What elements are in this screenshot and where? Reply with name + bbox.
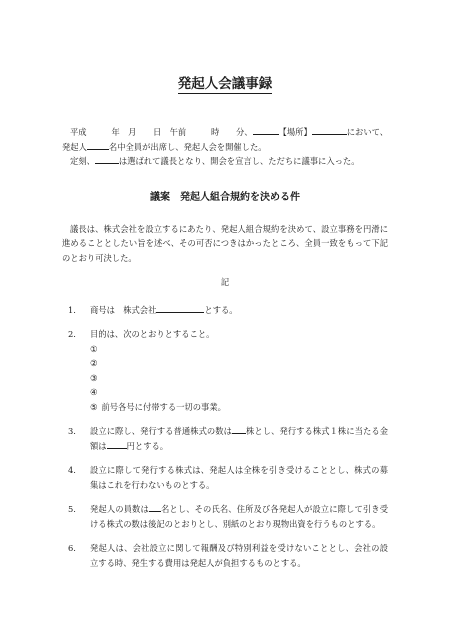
page-title: 発起人会議事録 (62, 74, 388, 94)
item-number: 3. (68, 424, 90, 453)
intro-date-text: 平成 年 月 日 午前 時 分、 (70, 127, 253, 137)
circled-number-2: ② (90, 358, 97, 368)
place-label: 【場所】 (279, 127, 312, 137)
intro-attendees-line: 発起人名中全員が出席し、発起人会を開催した。 (62, 140, 388, 155)
item-number: 1. (68, 303, 90, 318)
circled-number-3: ③ (90, 373, 97, 383)
item-text: 商号は 株式会社とする。 (90, 303, 388, 318)
list-item-company-name: 1. 商号は 株式会社とする。 (68, 303, 388, 318)
item3-prefix: 設立に際し、発行する普通株式の数は (90, 426, 232, 436)
item-number: 6. (68, 541, 90, 570)
blank-field-company-name (156, 303, 204, 313)
blank-field-attendee-count (87, 140, 109, 150)
chair-prefix: 定刻、 (70, 156, 95, 166)
item3-suffix: 円とする。 (127, 441, 169, 451)
blank-field-share-price (107, 439, 127, 449)
chair-suffix: は選ばれて議長となり、開会を宣言し、ただちに議事に入った。 (119, 156, 360, 166)
blank-field-promoter-count (149, 502, 161, 512)
agenda-paragraph: 議長は、株式会社を設立するにあたり、発起人組合規約を決めて、設立事務を円滑に進め… (62, 222, 388, 266)
item-text: 目的は、次のとおりとすること。 ① ② ③ ④ ⑤前号各号に付帯する一切の事業。 (90, 327, 388, 414)
item-text: 設立に際して発行する株式は、発起人は全株を引き受けることとし、株式の募集はこれを… (90, 463, 388, 492)
list-item-promoters: 5. 発起人の員数は名とし、その氏名、住所及び各発起人が設立に際して引き受ける株… (68, 502, 388, 531)
purpose-subitem-3: ③ (90, 371, 388, 386)
document-page: 発起人会議事録 平成 年 月 日 午前 時 分、【場所】において、 発起人名中全… (0, 0, 450, 636)
purpose-subitem-5: ⑤前号各号に付帯する一切の事業。 (90, 400, 388, 415)
resolution-list: 1. 商号は 株式会社とする。 2. 目的は、次のとおりとすること。 ① ② ③… (62, 303, 388, 571)
purpose-subitem-2: ② (90, 356, 388, 371)
blank-field-place (312, 125, 347, 135)
list-item-shares: 3. 設立に際し、発行する普通株式の数は株とし、発行する株式１株に当たる金額は円… (68, 424, 388, 453)
item-text: 設立に際し、発行する普通株式の数は株とし、発行する株式１株に当たる金額は円とする… (90, 424, 388, 453)
item1-suffix: とする。 (204, 305, 237, 315)
circled-number-4: ④ (90, 387, 97, 397)
purpose-subitem-1: ① (90, 342, 388, 357)
item-text: 発起人の員数は名とし、その氏名、住所及び各発起人が設立に際して引き受ける株式の数… (90, 502, 388, 531)
circled-number-1: ① (90, 344, 97, 354)
blank-field-time (253, 125, 279, 135)
intro-date-suffix: において、 (347, 127, 388, 137)
list-item-subscription: 4. 設立に際して発行する株式は、発起人は全株を引き受けることとし、株式の募集は… (68, 463, 388, 492)
circled-number-5: ⑤ (90, 402, 97, 412)
agenda-heading: 議案 発起人組合規約を決める件 (62, 191, 388, 205)
list-item-purpose: 2. 目的は、次のとおりとすること。 ① ② ③ ④ ⑤前号各号に付帯する一切の… (68, 327, 388, 414)
intro-date-line: 平成 年 月 日 午前 時 分、【場所】において、 (62, 125, 388, 140)
ki-marker: 記 (62, 275, 388, 290)
attendees-prefix: 発起人 (62, 142, 87, 152)
item5-prefix: 発起人の員数は (90, 504, 149, 514)
blank-field-share-count (232, 424, 246, 434)
blank-field-chair-name (95, 154, 119, 164)
item-number: 2. (68, 327, 90, 414)
attendees-suffix: 名中全員が出席し、発起人会を開催した。 (109, 142, 267, 152)
subitem-text: 前号各号に付帯する一切の事業。 (101, 402, 225, 412)
item-number: 4. (68, 463, 90, 492)
intro-chair-line: 定刻、は選ばれて議長となり、開会を宣言し、ただちに議事に入った。 (62, 154, 388, 169)
intro-paragraph: 平成 年 月 日 午前 時 分、【場所】において、 発起人名中全員が出席し、発起… (62, 125, 388, 169)
page-title-text: 発起人会議事録 (178, 76, 273, 94)
item-number: 5. (68, 502, 90, 531)
list-item-compensation: 6. 発起人は、会社設立に関して報酬及び特別利益を受けないこととし、会社の設立す… (68, 541, 388, 570)
item1-prefix: 商号は 株式会社 (90, 305, 156, 315)
item2-lead: 目的は、次のとおりとすること。 (90, 327, 388, 342)
purpose-subitem-4: ④ (90, 385, 388, 400)
item-text: 発起人は、会社設立に関して報酬及び特別利益を受けないこととし、会社の設立する時、… (90, 541, 388, 570)
